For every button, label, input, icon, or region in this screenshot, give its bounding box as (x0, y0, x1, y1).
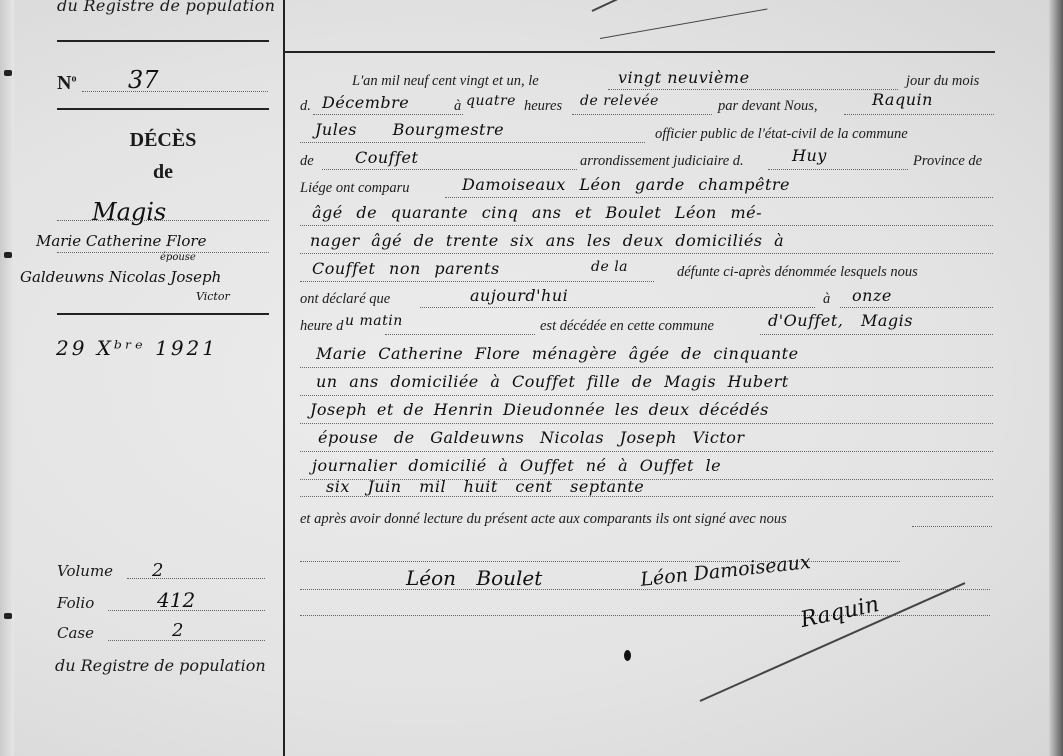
dotted-line (300, 496, 993, 497)
printed-text: Province de (913, 153, 982, 170)
handwritten-hour-of-death: onze (852, 286, 892, 305)
printed-closing-text: et après avoir donné lecture du présent … (300, 511, 787, 528)
handwritten-text: un ans domiciliée à Couffet fille de Mag… (316, 372, 789, 391)
volume-value: 2 (152, 560, 163, 581)
printed-text: heure d (300, 318, 343, 335)
stray-pen-stroke (592, 0, 620, 12)
handwritten-text: Joseph et de Henrin Dieudonnée les deux … (310, 400, 769, 419)
handwritten-text: de la (591, 259, 628, 275)
dotted-line (840, 307, 993, 308)
printed-text: à (823, 291, 830, 308)
dotted-line (385, 334, 535, 335)
binding-hole (4, 252, 12, 258)
page-gutter-shadow (1049, 0, 1063, 756)
printed-text: par devant Nous, (718, 98, 817, 115)
printed-text: arrondissement judiciaire d. (580, 153, 744, 170)
number-label: No (57, 72, 76, 95)
dotted-line (420, 307, 815, 308)
printed-text: jour du mois (906, 73, 979, 90)
handwritten-text: Marie Catherine Flore ménagère âgée de c… (316, 344, 799, 363)
dotted-line (300, 281, 654, 282)
spouse-name: Galdeuwns Nicolas Joseph (20, 268, 221, 286)
handwritten-place-and-name: d'Ouffet, Magis (768, 311, 913, 330)
handwritten-commune: Couffet (355, 148, 418, 167)
death-date: 29 Xᵇʳᵉ 1921 (56, 336, 218, 360)
folio-label: Folio (57, 594, 94, 612)
signature-witness-boulet: Léon Boulet (406, 566, 542, 590)
dotted-line (300, 142, 645, 143)
dotted-line (82, 91, 268, 92)
top-rule (285, 51, 995, 53)
dotted-line (57, 220, 269, 221)
handwritten-text: Couffet non parents (312, 259, 500, 278)
dotted-line (912, 526, 992, 527)
handwritten-witnesses: Damoiseaux Léon garde champêtre (462, 175, 790, 194)
dotted-line (760, 334, 993, 335)
printed-text: de (300, 153, 314, 170)
printed-text: d. (300, 98, 311, 115)
printed-text: à (454, 98, 461, 115)
printed-text: Liége ont comparu (300, 180, 410, 197)
binding-hole (4, 70, 12, 76)
handwritten-time-of-day: de relevée (580, 93, 659, 109)
handwritten-text: épouse de Galdeuwns Nicolas Joseph Victo… (318, 428, 745, 447)
handwritten-officer-title: Jules Bourgmestre (315, 120, 504, 139)
dotted-line (608, 89, 898, 90)
printed-text: défunte ci-après dénommée lesquels nous (677, 264, 918, 281)
printed-text: heures (524, 98, 562, 115)
dotted-line (127, 578, 265, 579)
record-type-de: de (57, 161, 269, 184)
dotted-line (844, 114, 994, 115)
handwritten-officer-name: Raquin (872, 90, 933, 109)
volume-label: Volume (57, 562, 113, 580)
dotted-line (300, 253, 993, 254)
handwritten-text: âgé de quarante cinq ans et Boulet Léon … (312, 203, 762, 222)
dotted-line (300, 395, 993, 396)
dotted-line (445, 197, 993, 198)
deceased-surname: Magis (92, 198, 166, 226)
dotted-line (322, 169, 577, 170)
rule (57, 40, 269, 42)
dotted-line (313, 114, 463, 115)
page-binding-edge (0, 0, 14, 756)
printed-text: officier public de l'état-civil de la co… (655, 126, 908, 143)
column-divider (283, 0, 285, 756)
handwritten-text: six Juin mil huit cent septante (326, 477, 644, 496)
binding-hole (4, 613, 12, 619)
printed-text: est décédée en cette commune (540, 318, 714, 335)
dotted-line (108, 640, 265, 641)
printed-text: L'an mil neuf cent vingt et un, le (352, 73, 539, 90)
dotted-line (300, 225, 993, 226)
handwritten-morning: u matin (345, 313, 403, 329)
handwritten-text: journalier domicilié à Ouffet né à Ouffe… (312, 456, 721, 475)
register-page: du Registre de population No 37 DÉCÈS de… (0, 0, 1063, 756)
case-value: 2 (172, 620, 183, 641)
printed-text: ont déclaré que (300, 291, 390, 308)
number-label-sup: o (71, 73, 76, 84)
ink-blot (624, 650, 631, 661)
record-type-title: DÉCÈS (57, 129, 269, 152)
rule (57, 108, 269, 110)
handwritten-today: aujourd'hui (470, 286, 568, 305)
deceased-given-names: Marie Catherine Flore (36, 232, 206, 250)
folio-value: 412 (157, 588, 195, 612)
number-label-text: N (57, 72, 71, 94)
register-heading-top: du Registre de population (57, 0, 275, 15)
signature-witness-damoiseaux: Léon Damoiseaux (639, 551, 811, 591)
handwritten-day: vingt neuvième (618, 68, 750, 87)
handwritten-text: nager âgé de trente six ans les deux dom… (310, 231, 784, 250)
rule (57, 313, 269, 315)
dotted-line (300, 367, 993, 368)
stray-pen-stroke (600, 8, 768, 39)
spouse-name-cont: Victor (196, 290, 230, 303)
act-number: 37 (128, 66, 159, 94)
case-label: Case (57, 624, 94, 642)
dotted-line (300, 451, 993, 452)
handwritten-arrondissement: Huy (792, 146, 827, 165)
register-heading-bottom: du Registre de population (55, 656, 266, 675)
dotted-line (572, 114, 712, 115)
handwritten-hour: quatre (466, 93, 516, 109)
handwritten-month: Décembre (322, 93, 409, 112)
dotted-line (768, 169, 908, 170)
dotted-line (300, 423, 993, 424)
spouse-prefix: épouse (160, 252, 196, 263)
